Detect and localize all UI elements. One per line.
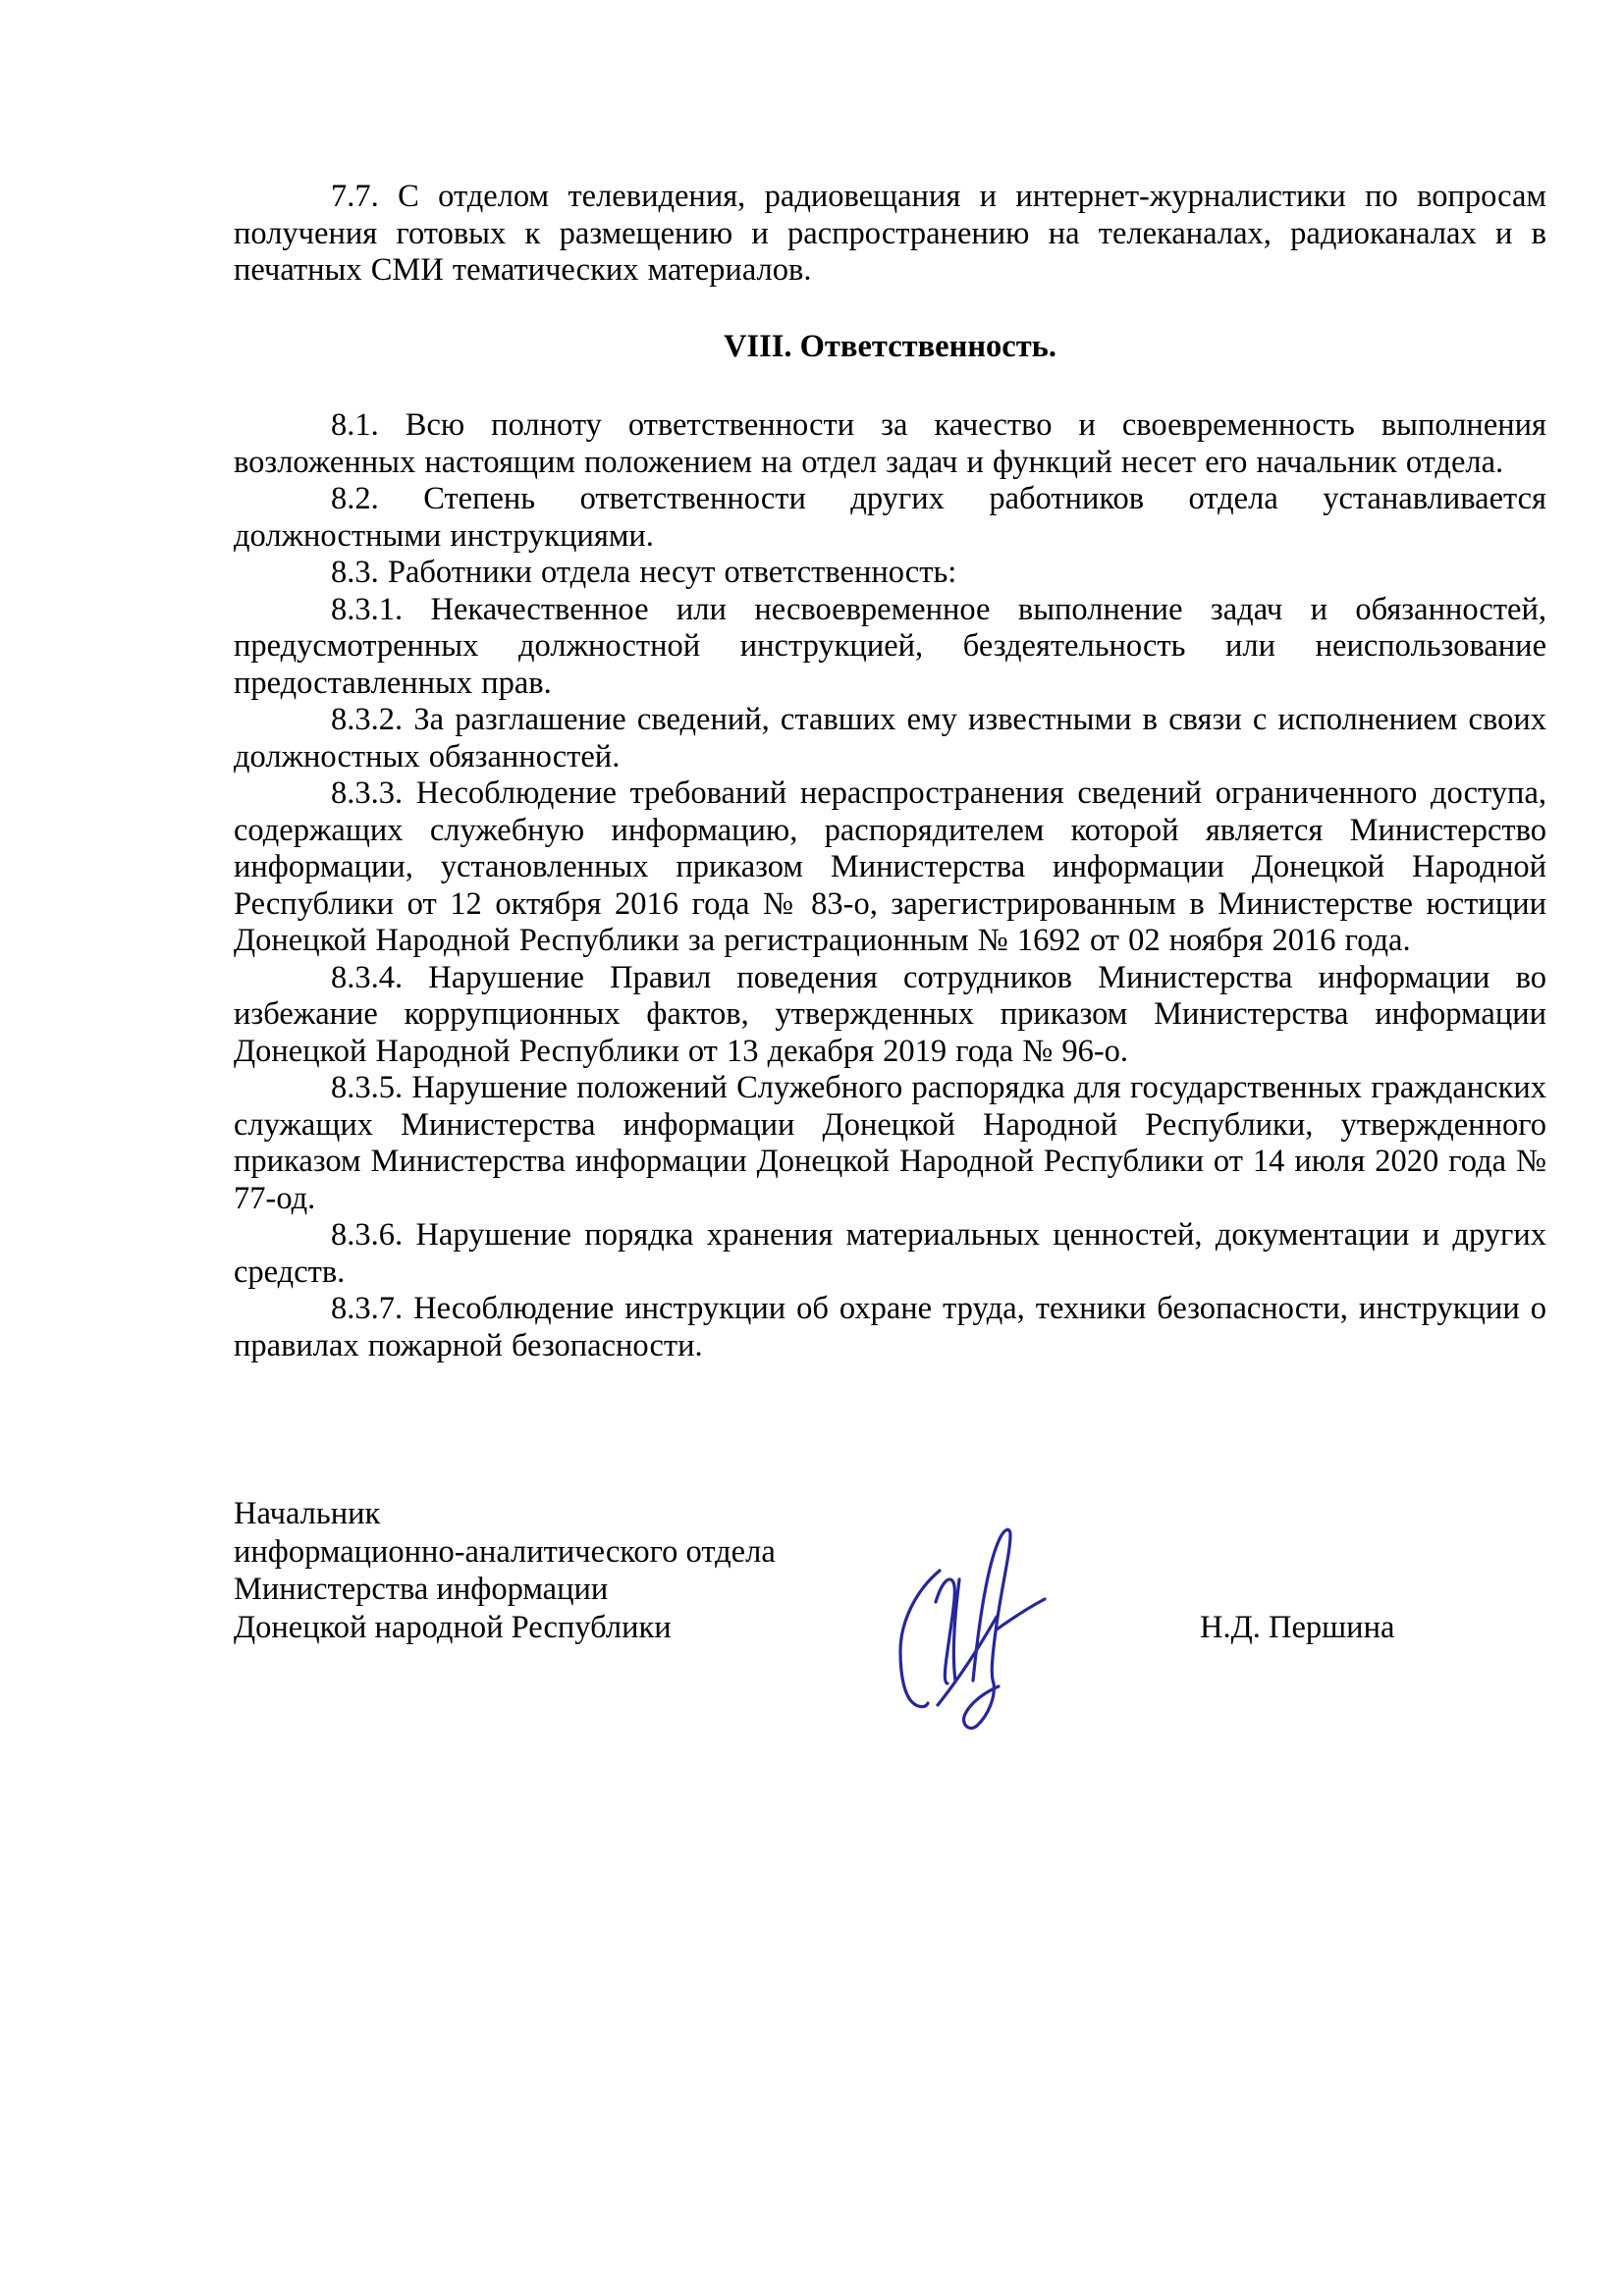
signature-stroke-descender: [964, 1683, 999, 1728]
signature-stroke-tall-loop: [973, 1529, 1010, 1683]
paragraph-8-3-6: 8.3.6. Нарушение порядка хранения матери…: [234, 1217, 1546, 1291]
document-page: 7.7. С отделом телевидения, радиовещания…: [0, 0, 1624, 2296]
signee-name: Н.Д. Першина: [1200, 1609, 1394, 1647]
paragraph-8-3-3: 8.3.3. Несоблюдение требований нераспрос…: [234, 775, 1546, 960]
paragraph-8-3-2: 8.3.2. За разглашение сведений, ставших …: [234, 702, 1546, 775]
paragraph-7-7: 7.7. С отделом телевидения, радиовещания…: [234, 179, 1546, 290]
signature-stroke-flick: [997, 1599, 1045, 1629]
paragraph-8-3-7: 8.3.7. Несоблюдение инструкции об охране…: [234, 1291, 1546, 1364]
paragraph-8-2: 8.2. Степень ответственности других рабо…: [234, 481, 1546, 555]
paragraph-8-3: 8.3. Работники отдела несут ответственно…: [234, 555, 1546, 592]
signer-organization: Донецкой народной Республики: [234, 1610, 672, 1645]
handwritten-signature: [879, 1514, 1056, 1739]
signature-stroke-left-arc: [900, 1571, 940, 1707]
paragraph-8-3-5: 8.3.5. Нарушение положений Служебного ра…: [234, 1070, 1546, 1217]
signature-stroke-zigzag: [936, 1579, 959, 1683]
document-content: 7.7. С отделом телевидения, радиовещания…: [234, 0, 1546, 1646]
section-heading-viii: VIII. Ответственность.: [234, 329, 1546, 366]
paragraph-8-3-4: 8.3.4. Нарушение Правил поведения сотруд…: [234, 960, 1546, 1071]
paragraph-8-1: 8.1. Всю полноту ответственности за каче…: [234, 407, 1546, 481]
paragraph-8-3-1: 8.3.1. Некачественное или несвоевременно…: [234, 592, 1546, 703]
